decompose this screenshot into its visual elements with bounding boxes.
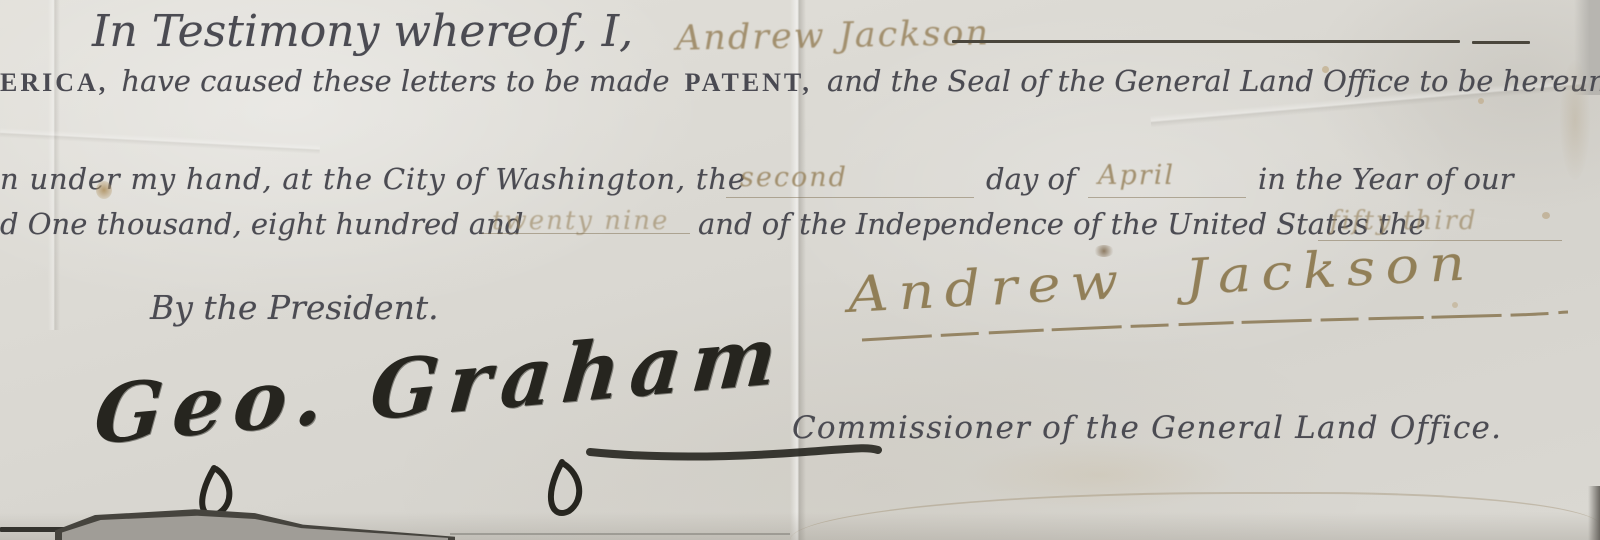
stain-freckle-3 (1542, 212, 1550, 219)
commissioner-descender-loop-left (202, 468, 229, 515)
signature-flourishes (0, 0, 1600, 540)
stain-smudge-center (1094, 245, 1114, 257)
stain-freckle-2 (1478, 98, 1484, 104)
commissioner-signature-tail (590, 448, 878, 456)
president-signature-underline (862, 312, 1568, 340)
land-patent-document: In Testimony whereof, I, Andrew Jackson … (0, 0, 1600, 540)
stain-freckle-4 (1452, 302, 1458, 308)
stain-freckle-1 (1322, 66, 1329, 73)
stain-brown-left (96, 181, 112, 199)
stain-right-edge (1560, 60, 1590, 180)
bottom-faint-line (450, 533, 790, 535)
bottom-right-corner-edge (1588, 486, 1600, 540)
commissioner-descender-loop-right (551, 462, 579, 513)
